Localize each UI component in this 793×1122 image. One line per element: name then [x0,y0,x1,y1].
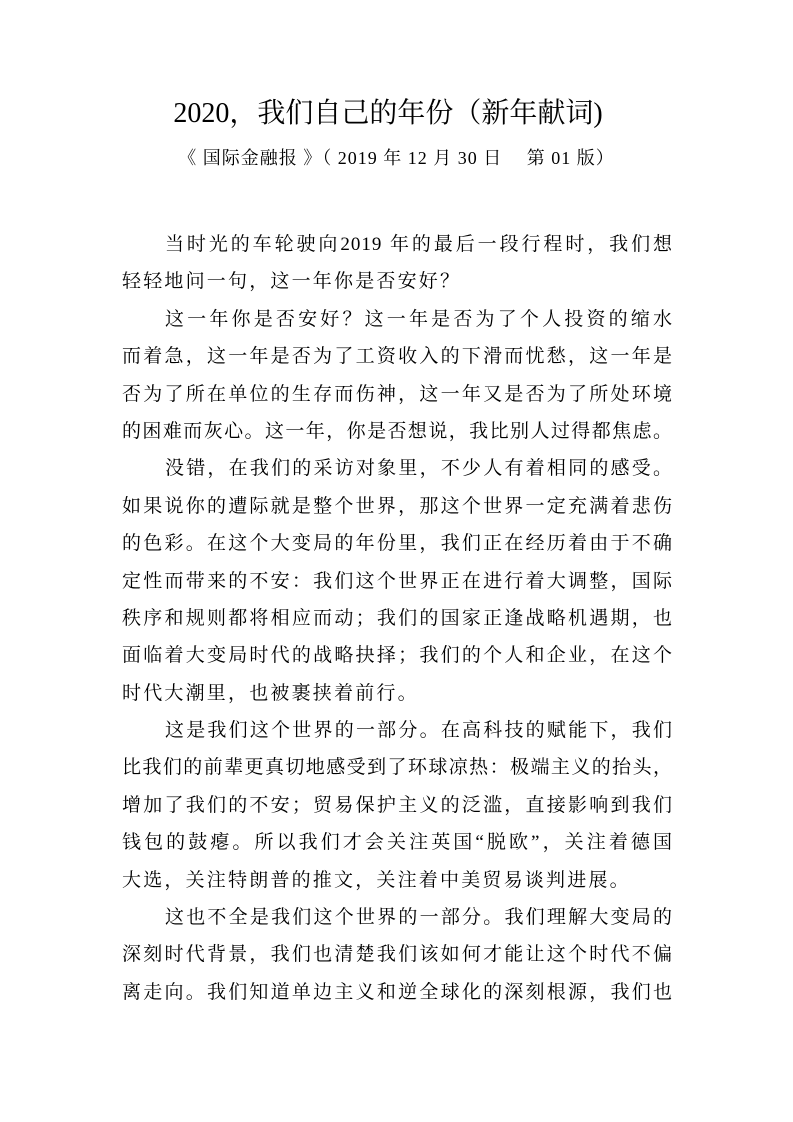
text-line: 定性而带来的不安：我们这个世界正在进行着大调整，国际 [122,563,673,600]
text-line: 这一年你是否安好？这一年是否为了个人投资的缩水 [122,301,673,338]
article-body: 当时光的车轮驶向2019 年的最后一段行程时，我们想 轻轻地问一句，这一年你是否… [122,226,673,1011]
source-line: 《 国际金融报 》（ 2019 年 12 月 30 日 第 01 版） [0,144,793,172]
text-line: 而着急，这一年是否为了工资收入的下滑而忧愁，这一年是 [122,338,673,375]
text-line: 这是我们这个世界的一部分。在高科技的赋能下，我们 [122,712,673,749]
text-line: 面临着大变局时代的战略抉择；我们的个人和企业，在这个 [122,637,673,674]
text-line: 没错，在我们的采访对象里，不少人有着相同的感受。 [122,450,673,487]
text-line: 的困难而灰心。这一年，你是否想说，我比别人过得都焦虑。 [122,413,673,450]
paragraph: 这也不全是我们这个世界的一部分。我们理解大变局的 深刻时代背景，我们也清楚我们该… [122,899,673,1011]
text-line: 轻轻地问一句，这一年你是否安好？ [122,263,673,300]
text-line: 当时光的车轮驶向2019 年的最后一段行程时，我们想 [122,226,673,263]
text-line: 如果说你的遭际就是整个世界，那这个世界一定充满着悲伤 [122,488,673,525]
text-line: 比我们的前辈更真切地感受到了环球凉热：极端主义的抬头， [122,749,673,786]
text-line: 离走向。我们知道单边主义和逆全球化的深刻根源，我们也 [122,974,673,1011]
text-line: 这也不全是我们这个世界的一部分。我们理解大变局的 [122,899,673,936]
text-line: 增加了我们的不安；贸易保护主义的泛滥，直接影响到我们 [122,787,673,824]
paragraph: 这是我们这个世界的一部分。在高科技的赋能下，我们 比我们的前辈更真切地感受到了环… [122,712,673,899]
text-line: 时代大潮里，也被裹挟着前行。 [122,675,673,712]
text-line: 秩序和规则都将相应而动；我们的国家正逢战略机遇期，也 [122,600,673,637]
paragraph: 当时光的车轮驶向2019 年的最后一段行程时，我们想 轻轻地问一句，这一年你是否… [122,226,673,301]
text-line: 钱包的鼓瘪。所以我们才会关注英国“脱欧”，关注着德国 [122,824,673,861]
text-line: 否为了所在单位的生存而伤神，这一年又是否为了所处环境 [122,376,673,413]
paragraph: 这一年你是否安好？这一年是否为了个人投资的缩水 而着急，这一年是否为了工资收入的… [122,301,673,451]
text-line: 的色彩。在这个大变局的年份里，我们正在经历着由于不确 [122,525,673,562]
paragraph: 没错，在我们的采访对象里，不少人有着相同的感受。 如果说你的遭际就是整个世界，那… [122,450,673,712]
text-line: 深刻时代背景，我们也清楚我们该如何才能让这个时代不偏 [122,936,673,973]
text-line: 大选，关注特朗普的推文，关注着中美贸易谈判进展。 [122,862,673,899]
document-page: 2020，我们自己的年份（新年献词) 《 国际金融报 》（ 2019 年 12 … [0,0,793,1122]
document-title: 2020，我们自己的年份（新年献词) [0,96,776,132]
